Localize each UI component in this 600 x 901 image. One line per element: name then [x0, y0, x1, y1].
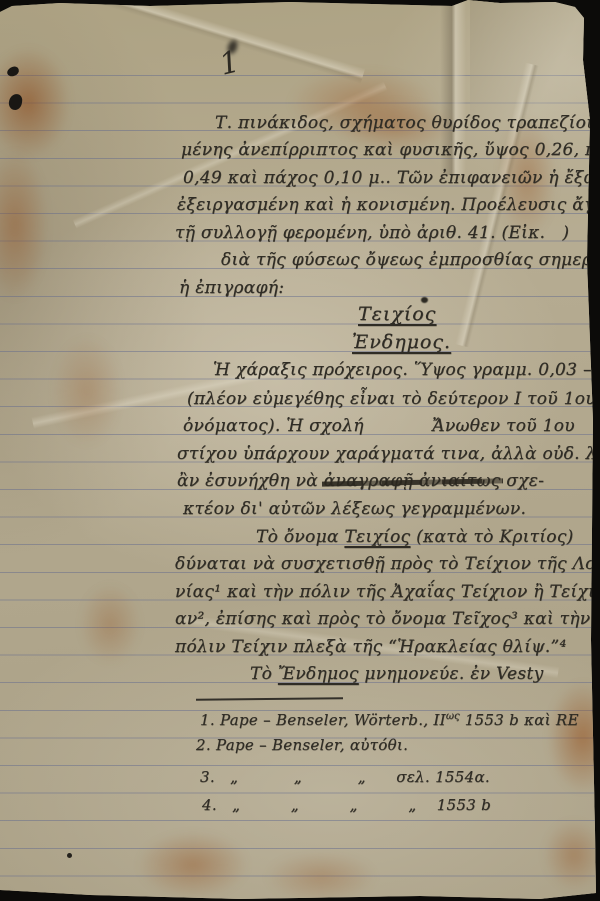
- text-segment: σχε-: [501, 471, 545, 491]
- manuscript-line: ὀνόματος). Ἡ σχολή Ἄνωθεν τοῦ 1ου: [183, 415, 575, 437]
- manuscript-line: ἐξειργασμένη καὶ ἡ κονισμένη. Προέλευσις…: [177, 194, 600, 216]
- manuscript-line: στίχου ὑπάρχουν χαράγματά τινα, ἀλλὰ οὐδ…: [177, 443, 600, 465]
- footnote-line: 2. Pape – Benseler, αὐτόθι.: [196, 734, 408, 756]
- text-segment: ἂν ἐσυνήχθη νὰ: [177, 471, 324, 491]
- manuscript-line: νίας¹ καὶ τὴν πόλιν τῆς Ἀχαΐας Τείχιον ἢ…: [175, 581, 600, 603]
- text-segment: 1. Pape – Benseler, Wörterb., ΙΙ: [200, 711, 446, 729]
- manuscript-line: τῇ συλλογῇ φερομένη, ὑπὸ ἀριθ. 41. (Εἰκ.…: [175, 222, 569, 244]
- manuscript-line: δύναται νὰ συσχετισθῇ πρὸς τὸ Τείχιον τῆ…: [175, 553, 600, 575]
- manuscript-line: πόλιν Τείχιν πλεξὰ τῆς “Ἡρακλείας θλίψ.”…: [175, 636, 567, 658]
- text-segment: μνημονεύε. ἐν Vesty: [359, 664, 544, 684]
- text-segment: (κατὰ τὸ Κριτίος): [410, 527, 573, 547]
- struck-text: ἀναγραφῇ ἀνιαίτως: [324, 471, 501, 491]
- superscript: ως: [446, 711, 460, 722]
- heading-text: Τειχίος: [358, 303, 436, 325]
- manuscript-line: κτέον δι' αὐτῶν λέξεως γεγραμμένων.: [183, 498, 526, 520]
- subheading-text: Ἐνδημος.: [352, 331, 451, 353]
- manuscript-line: μένης ἀνεπίρριπτος καὶ φυσικῆς, ὕψος 0,2…: [181, 139, 600, 161]
- paper-sheet: 1 Τ. πινάκιδος, σχήματος θυρίδος τραπεζί…: [0, 0, 600, 901]
- manuscript-line: ἡ ἐπιγραφή:: [179, 277, 284, 299]
- underlined-name: Τειχίος: [344, 527, 410, 547]
- section-subheading: Ἐνδημος.: [352, 331, 451, 353]
- manuscript-line: 0,49 καὶ πάχος 0,10 μ.. Τῶν ἐπιφανειῶν ἡ…: [183, 167, 598, 189]
- text-segment: 1553 b καὶ RE: [460, 711, 579, 729]
- manuscript-line: αν², ἐπίσης καὶ πρὸς τὸ ὄνομα Τεῖχος³ κα…: [175, 608, 590, 630]
- paper-crease: [45, 0, 365, 84]
- manuscript-line: Τὸ Ἔνδημος μνημονεύε. ἐν Vesty: [250, 663, 543, 685]
- footnote-line: 1. Pape – Benseler, Wörterb., ΙΙως 1553 …: [200, 706, 579, 731]
- underlined-name: Ἔνδημος: [278, 664, 359, 684]
- section-heading: Τειχίος: [358, 303, 436, 325]
- text-segment: Τὸ ὄνομα: [256, 527, 344, 547]
- manuscript-line: ἂν ἐσυνήχθη νὰ ἀναγραφῇ ἀνιαίτως σχε-: [177, 470, 544, 492]
- manuscript-line: Τὸ ὄνομα Τειχίος (κατὰ τὸ Κριτίος): [256, 526, 574, 548]
- ink-dot: [67, 853, 72, 858]
- manuscript-line: Τ. πινάκιδος, σχήματος θυρίδος τραπεζίου…: [215, 112, 600, 134]
- manuscript-line: (πλέον εὐμεγέθης εἶναι τὸ δεύτερον Ι τοῦ…: [187, 388, 596, 410]
- text-segment: Τὸ: [250, 664, 278, 684]
- footnote-line: 3. „ „ „ σελ. 1554α.: [200, 766, 490, 788]
- footnote-line: 4. „ „ „ „ 1553 b: [202, 794, 491, 816]
- manuscript-line: Ἡ χάραξις πρόχειρος. Ὕψος γραμμ. 0,03 – …: [213, 359, 600, 381]
- manuscript-line: διὰ τῆς φύσεως ὄψεως ἐμπροσθίας σημερῆς: [221, 249, 600, 271]
- scanned-page: 1 Τ. πινάκιδος, σχήματος θυρίδος τραπεζί…: [0, 0, 600, 901]
